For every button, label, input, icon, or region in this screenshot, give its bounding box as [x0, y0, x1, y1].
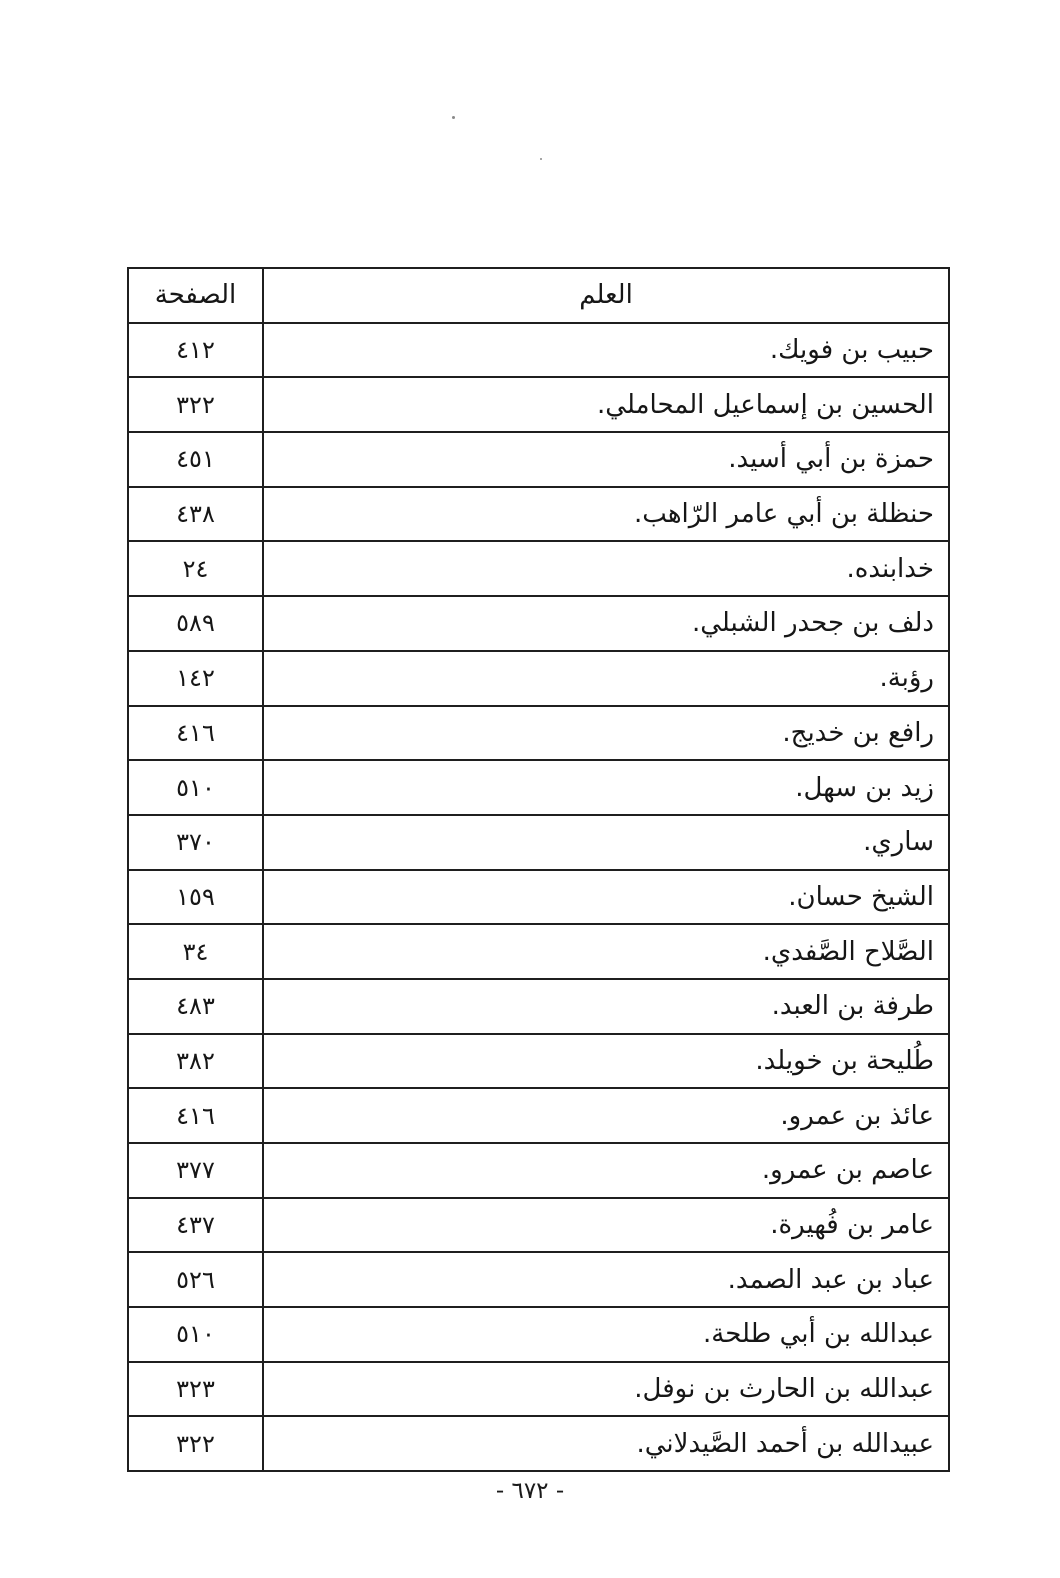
table-row: طُليحة بن خويلد. ٣٨٢: [128, 1034, 949, 1089]
entry-name: عبيدالله بن أحمد الصَّيدلاني.: [263, 1416, 949, 1471]
entry-page: ٥١٠: [128, 760, 263, 815]
table-row: الصَّلاح الصَّفدي. ٣٤: [128, 924, 949, 979]
entry-page: ٣٧٧: [128, 1143, 263, 1198]
table-row: عباد بن عبد الصمد. ٥٢٦: [128, 1252, 949, 1307]
document-page: العلم الصفحة حبيب بن فويك. ٤١٢ الحسين بن…: [0, 0, 1060, 1578]
entry-page: ٤١٦: [128, 706, 263, 761]
name-column-header: العلم: [263, 268, 949, 323]
entry-page: ١٤٢: [128, 651, 263, 706]
entry-name: زيد بن سهل.: [263, 760, 949, 815]
entry-name: الحسين بن إسماعيل المحاملي.: [263, 377, 949, 432]
entry-page: ٤٣٧: [128, 1198, 263, 1253]
entry-name: عامر بن فُهيرة.: [263, 1198, 949, 1253]
entry-name: رافع بن خديج.: [263, 706, 949, 761]
entry-name: رؤبة.: [263, 651, 949, 706]
entry-page: ٥٨٩: [128, 596, 263, 651]
entry-page: ٥١٠: [128, 1307, 263, 1362]
entry-name: عباد بن عبد الصمد.: [263, 1252, 949, 1307]
table-row: حمزة بن أبي أسيد. ٤٥١: [128, 432, 949, 487]
entry-page: ٣٢٢: [128, 1416, 263, 1471]
page-column-header: الصفحة: [128, 268, 263, 323]
entry-page: ٣٨٢: [128, 1034, 263, 1089]
table-row: عبدالله بن أبي طلحة. ٥١٠: [128, 1307, 949, 1362]
entry-name: عبدالله بن الحارث بن نوفل.: [263, 1362, 949, 1417]
entry-page: ٤١٦: [128, 1088, 263, 1143]
table-row: عاصم بن عمرو. ٣٧٧: [128, 1143, 949, 1198]
entry-page: ٣٤: [128, 924, 263, 979]
table-row: حبيب بن فويك. ٤١٢: [128, 323, 949, 378]
table-row: طرفة بن العبد. ٤٨٣: [128, 979, 949, 1034]
scan-speck: [540, 158, 542, 160]
table-row: خدابنده. ٢٤: [128, 541, 949, 596]
entry-name: خدابنده.: [263, 541, 949, 596]
entry-page: ٤٣٨: [128, 487, 263, 542]
entry-page: ٤٥١: [128, 432, 263, 487]
header-row: العلم الصفحة: [128, 268, 949, 323]
entry-name: طرفة بن العبد.: [263, 979, 949, 1034]
table-row: الشيخ حسان. ١٥٩: [128, 870, 949, 925]
entry-name: حبيب بن فويك.: [263, 323, 949, 378]
entry-page: ٤١٢: [128, 323, 263, 378]
entry-page: ٤٨٣: [128, 979, 263, 1034]
entry-name: دلف بن جحدر الشبلي.: [263, 596, 949, 651]
entry-name: طُليحة بن خويلد.: [263, 1034, 949, 1089]
table-row: عبدالله بن الحارث بن نوفل. ٣٢٣: [128, 1362, 949, 1417]
table-row: زيد بن سهل. ٥١٠: [128, 760, 949, 815]
entry-page: ٣٢٢: [128, 377, 263, 432]
entry-page: ١٥٩: [128, 870, 263, 925]
index-table: العلم الصفحة حبيب بن فويك. ٤١٢ الحسين بن…: [127, 267, 950, 1472]
entry-page: ٥٢٦: [128, 1252, 263, 1307]
table-row: ساري. ٣٧٠: [128, 815, 949, 870]
entry-name: الشيخ حسان.: [263, 870, 949, 925]
entry-name: حنظلة بن أبي عامر الرّاهب.: [263, 487, 949, 542]
page-number-footer: - ٦٧٢ -: [0, 1478, 1060, 1504]
table-row: رؤبة. ١٤٢: [128, 651, 949, 706]
table-row: عائذ بن عمرو. ٤١٦: [128, 1088, 949, 1143]
table-row: دلف بن جحدر الشبلي. ٥٨٩: [128, 596, 949, 651]
entry-page: ٣٧٠: [128, 815, 263, 870]
entry-name: الصَّلاح الصَّفدي.: [263, 924, 949, 979]
entry-name: حمزة بن أبي أسيد.: [263, 432, 949, 487]
entry-name: عاصم بن عمرو.: [263, 1143, 949, 1198]
entry-page: ٢٤: [128, 541, 263, 596]
table-row: عامر بن فُهيرة. ٤٣٧: [128, 1198, 949, 1253]
scan-speck: [452, 116, 455, 119]
table-row: الحسين بن إسماعيل المحاملي. ٣٢٢: [128, 377, 949, 432]
table-row: حنظلة بن أبي عامر الرّاهب. ٤٣٨: [128, 487, 949, 542]
index-table-body: حبيب بن فويك. ٤١٢ الحسين بن إسماعيل المح…: [128, 323, 949, 1471]
entry-page: ٣٢٣: [128, 1362, 263, 1417]
entry-name: عبدالله بن أبي طلحة.: [263, 1307, 949, 1362]
table-row: رافع بن خديج. ٤١٦: [128, 706, 949, 761]
table-row: عبيدالله بن أحمد الصَّيدلاني. ٣٢٢: [128, 1416, 949, 1471]
entry-name: عائذ بن عمرو.: [263, 1088, 949, 1143]
entry-name: ساري.: [263, 815, 949, 870]
